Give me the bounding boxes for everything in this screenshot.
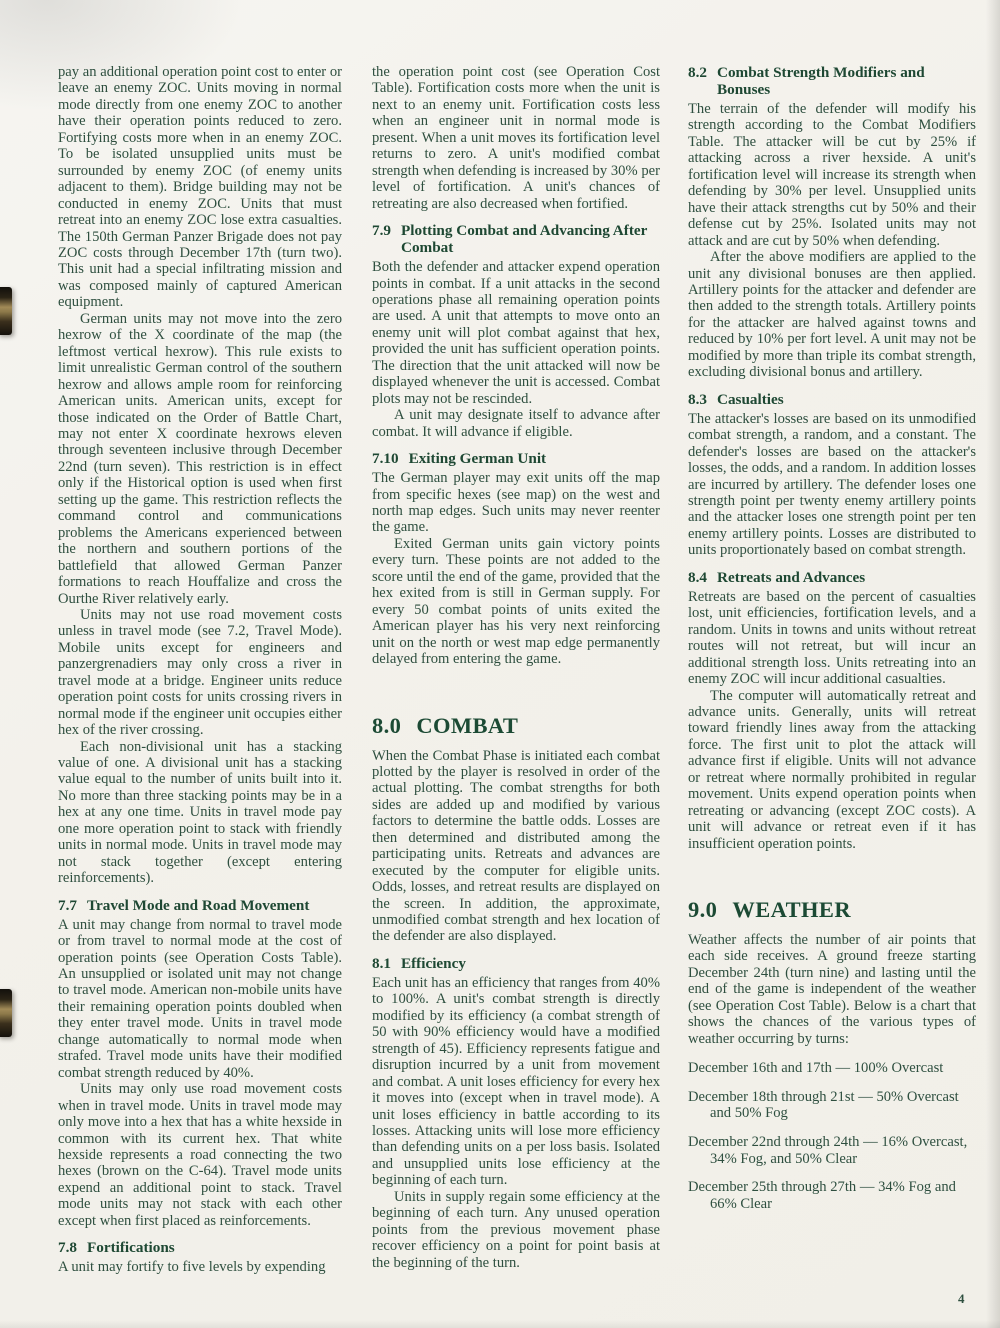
scan-edge-right (986, 0, 1000, 1328)
weather-chart-line: December 16th and 17th — 100% Overcast (688, 1060, 976, 1076)
section-heading: 7.8Fortifications (58, 1239, 342, 1256)
column-left: pay an additional operation point cost t… (58, 64, 342, 1276)
paragraph: pay an additional operation point cost t… (58, 64, 342, 311)
column-right: 8.2Combat Strength Modifiers and Bonuses… (688, 64, 976, 1212)
section-number: 8.4 (688, 569, 707, 586)
paragraph: The German player may exit units off the… (372, 470, 660, 536)
paragraph: A unit may fortify to five levels by exp… (58, 1259, 342, 1275)
section-title: WEATHER (732, 898, 976, 922)
paragraph: Units in supply regain some efficiency a… (372, 1189, 660, 1271)
section-number: 8.0 (372, 714, 401, 738)
section-number: 7.9 (372, 222, 391, 256)
weather-chart-line: December 22nd through 24th — 16% Overcas… (688, 1134, 976, 1167)
section-title: Efficiency (401, 955, 660, 972)
section-title: Travel Mode and Road Movement (87, 897, 342, 914)
major-section-heading: 9.0WEATHER (688, 898, 976, 922)
paragraph: Retreats are based on the percent of cas… (688, 589, 976, 688)
section-title: Exiting German Unit (409, 450, 660, 467)
section-number: 7.7 (58, 897, 77, 914)
paragraph: Units may not use road movement costs un… (58, 607, 342, 739)
section-title: Casualties (717, 391, 976, 408)
paragraph: When the Combat Phase is initiated each … (372, 748, 660, 945)
major-section-heading: 8.0COMBAT (372, 714, 660, 738)
weather-chart-line: December 18th through 21st — 50% Overcas… (688, 1089, 976, 1122)
section-number: 7.8 (58, 1239, 77, 1256)
paragraph: A unit may change from normal to travel … (58, 917, 342, 1082)
section-heading: 7.7Travel Mode and Road Movement (58, 897, 342, 914)
section-heading: 8.1Efficiency (372, 955, 660, 972)
section-number: 8.2 (688, 64, 707, 98)
paragraph: The computer will automatically retreat … (688, 688, 976, 853)
section-title: Combat Strength Modifiers and Bonuses (717, 64, 976, 98)
paragraph: Units may only use road movement costs w… (58, 1081, 342, 1229)
section-title: COMBAT (416, 714, 660, 738)
binding-staple-top-icon (0, 287, 12, 335)
section-number: 8.3 (688, 391, 707, 408)
page-number: 4 (958, 1291, 965, 1307)
paragraph: German units may not move into the zero … (58, 311, 342, 607)
paragraph: the operation point cost (see Operation … (372, 64, 660, 212)
section-number: 8.1 (372, 955, 391, 972)
paragraph: Both the defender and attacker expend op… (372, 259, 660, 407)
scan-edge-bottom (0, 1320, 1000, 1328)
section-heading: 7.9Plotting Combat and Advancing After C… (372, 222, 660, 256)
binding-staple-bottom-icon (0, 989, 12, 1037)
paragraph: After the above modifiers are applied to… (688, 249, 976, 381)
paragraph: A unit may designate itself to advance a… (372, 407, 660, 440)
paragraph: Each unit has an efficiency that ranges … (372, 975, 660, 1189)
weather-chart-line: December 25th through 27th — 34% Fog and… (688, 1179, 976, 1212)
section-heading: 8.4Retreats and Advances (688, 569, 976, 586)
section-heading: 7.10Exiting German Unit (372, 450, 660, 467)
paragraph: The attacker's losses are based on its u… (688, 411, 976, 559)
section-title: Plotting Combat and Advancing After Comb… (401, 222, 660, 256)
section-number: 9.0 (688, 898, 717, 922)
section-number: 7.10 (372, 450, 399, 467)
column-middle: the operation point cost (see Operation … (372, 64, 660, 1271)
section-heading: 8.2Combat Strength Modifiers and Bonuses (688, 64, 976, 98)
section-title: Retreats and Advances (717, 569, 976, 586)
weather-chart: December 16th and 17th — 100% OvercastDe… (688, 1060, 976, 1213)
section-title: Fortifications (87, 1239, 342, 1256)
paragraph: Each non-divisional unit has a stacking … (58, 739, 342, 887)
paragraph: The terrain of the defender will modify … (688, 101, 976, 249)
paragraph: Weather affects the number of air points… (688, 932, 976, 1047)
section-heading: 8.3Casualties (688, 391, 976, 408)
manual-page: pay an additional operation point cost t… (0, 0, 1000, 1328)
paragraph: Exited German units gain victory points … (372, 536, 660, 668)
